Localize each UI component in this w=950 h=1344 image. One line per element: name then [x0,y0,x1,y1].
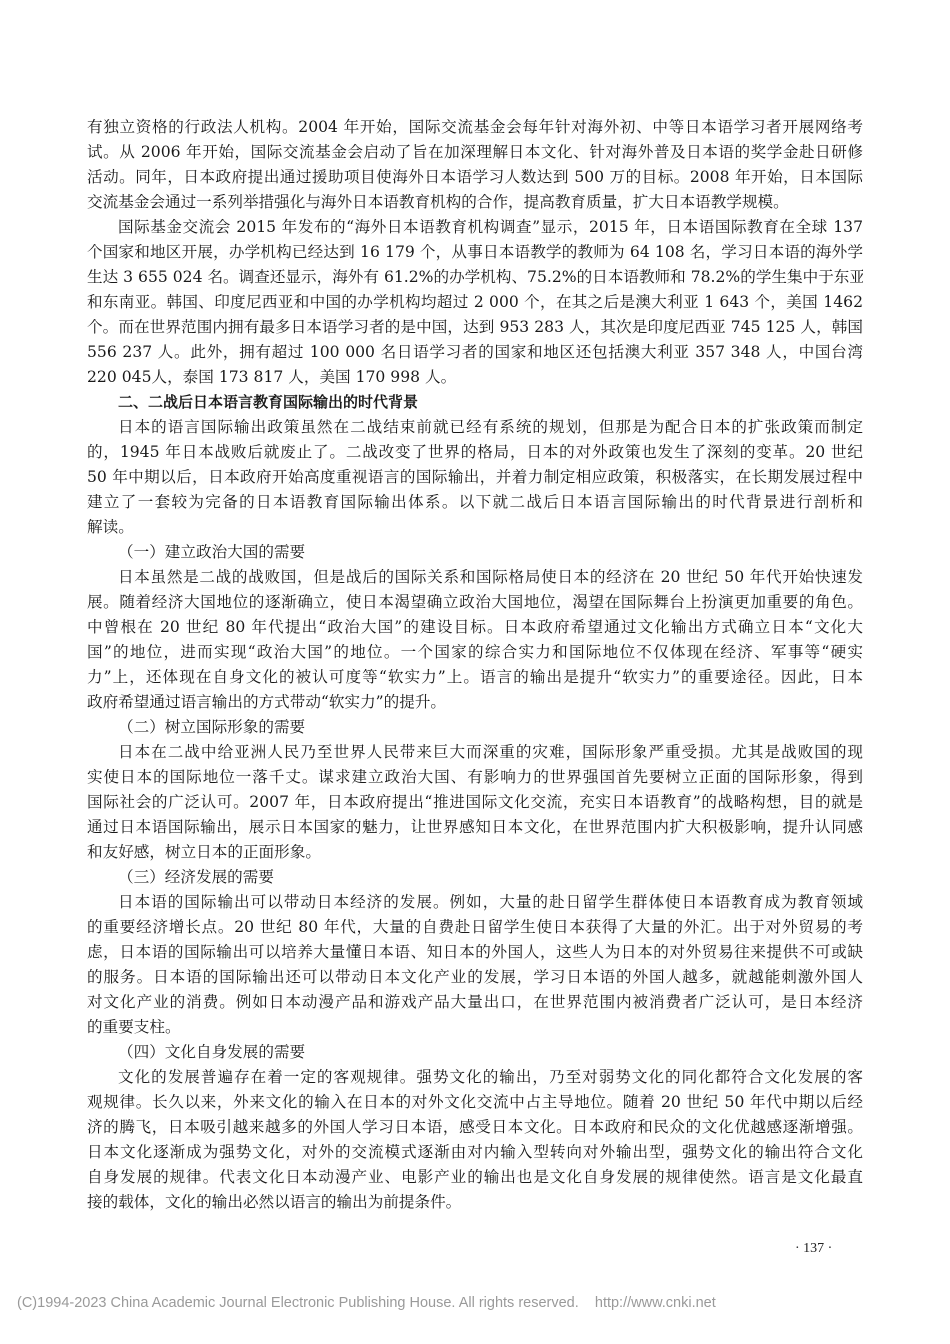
section-heading: 二、二战后日本语言教育国际输出的时代背景 [87,390,863,415]
text-line: 和东南亚。韩国、印度尼西亚和中国的办学机构均超过 2 000 个，在其之后是澳大… [87,290,863,315]
text-line: 活动。同年，日本政府提出通过援助项目使海外日本语学习人数达到 500 万的目标。… [87,165,863,190]
text-line: 220 045人，泰国 173 817 人，美国 170 998 人。 [87,365,863,390]
text-line: 的重要支柱。 [87,1015,863,1040]
text-line: 日本文化逐渐成为强势文化，对外的交流模式逐渐由对内输入型转向对外输出型，强势文化… [87,1140,863,1165]
text-line: 展。随着经济大国地位的逐渐确立，使日本渴望确立政治大国地位，渴望在国际舞台上扮演… [87,590,863,615]
text-line: 政府希望通过语言输出的方式带动“软实力”的提升。 [87,690,863,715]
text-line: 观规律。长久以来，外来文化的输入在日本的对外文化交流中占主导地位。随着 20 世… [87,1090,863,1115]
text-line: 中曾根在 20 世纪 80 年代提出“政治大国”的建设目标。日本政府希望通过文化… [87,615,863,640]
text-line: 50 年中期以后，日本政府开始高度重视语言的国际输出，并着力制定相应政策，积极落… [87,465,863,490]
paragraph-start: 日本的语言国际输出政策虽然在二战结束前就已经有系统的规划，但那是为配合日本的扩张… [87,415,863,440]
subsection-heading: （一）建立政治大国的需要 [87,540,863,565]
text-line: 有独立资格的行政法人机构。2004 年开始，国际交流基金会每年针对海外初、中等日… [87,115,863,140]
text-line: 力”上，还体现在自身文化的被认可度等“软实力”上。语言的输出是提升“软实力”的重… [87,665,863,690]
text-line: 试。从 2006 年开始，国际交流基金会启动了旨在加深理解日本文化、针对海外普及… [87,140,863,165]
text-line: 对文化产业的消费。例如日本动漫产品和游戏产品大量出口，在世界范围内被消费者广泛认… [87,990,863,1015]
text-line: 国”的地位，进而实现“政治大国”的地位。一个国家的综合实力和国际地位不仅体现在经… [87,640,863,665]
paragraph-start: 日本在二战中给亚洲人民乃至世界人民带来巨大而深重的灾难，国际形象严重受损。尤其是… [87,740,863,765]
text-line: 接的载体，文化的输出必然以语言的输出为前提条件。 [87,1190,863,1215]
copyright-footer: (C)1994-2023 China Academic Journal Elec… [17,1295,716,1311]
subsection-heading: （三）经济发展的需要 [87,865,863,890]
subsection-heading: （二）树立国际形象的需要 [87,715,863,740]
text-line: 生达 3 655 024 名。调查还显示，海外有 61.2%的办学机构、75.2… [87,265,863,290]
paragraph-start: 国际基金交流会 2015 年发布的“海外日本语教育机构调查”显示，2015 年，… [87,215,863,240]
article-body: 有独立资格的行政法人机构。2004 年开始，国际交流基金会每年针对海外初、中等日… [87,115,863,1215]
text-line: 和友好感，树立日本的正面形象。 [87,840,863,865]
text-line: 建立了一套较为完备的日本语教育国际输出体系。以下就二战后日本语言国际输出的时代背… [87,490,863,515]
text-line: 虑，日本语的国际输出可以培养大量懂日本语、知日本的外国人，这些人为日本的对外贸易… [87,940,863,965]
text-line: 通过日本语国际输出，展示日本国家的魅力，让世界感知日本文化，在世界范围内扩大积极… [87,815,863,840]
page-number: · 137 · [795,1241,832,1257]
text-line: 的，1945 年日本战败后就废止了。二战改变了世界的格局，日本的对外政策也发生了… [87,440,863,465]
text-line: 个。而在世界范围内拥有最多日本语学习者的是中国，达到 953 283 人，其次是… [87,315,863,340]
paragraph-start: 日本语的国际输出可以带动日本经济的发展。例如，大量的赴日留学生群体使日本语教育成… [87,890,863,915]
subsection-heading: （四）文化自身发展的需要 [87,1040,863,1065]
text-line: 国际社会的广泛认可。2007 年，日本政府提出“推进国际文化交流，充实日本语教育… [87,790,863,815]
text-line: 的服务。日本语的国际输出还可以带动日本文化产业的发展，学习日本语的外国人越多，就… [87,965,863,990]
text-line: 的重要经济增长点。20 世纪 80 年代，大量的自费赴日留学生使日本获得了大量的… [87,915,863,940]
text-line: 556 237 人。此外，拥有超过 100 000 名日语学习者的国家和地区还包… [87,340,863,365]
paragraph-start: 文化的发展普遍存在着一定的客观规律。强势文化的输出，乃至对弱势文化的同化都符合文… [87,1065,863,1090]
text-line: 济的腾飞，日本吸引越来越多的外国人学习日本语，感受日本文化。日本政府和民众的文化… [87,1115,863,1140]
text-line: 自身发展的规律。代表文化日本动漫产业、电影产业的输出也是文化自身发展的规律使然。… [87,1165,863,1190]
paragraph-start: 日本虽然是二战的战败国，但是战后的国际关系和国际格局使日本的经济在 20 世纪 … [87,565,863,590]
text-line: 解读。 [87,515,863,540]
text-line: 实使日本的国际地位一落千丈。谋求建立政治大国、有影响力的世界强国首先要树立正面的… [87,765,863,790]
text-line: 个国家和地区开展，办学机构已经达到 16 179 个，从事日本语教学的教师为 6… [87,240,863,265]
text-line: 交流基金会通过一系列举措强化与海外日本语教育机构的合作，提高教育质量，扩大日本语… [87,190,863,215]
